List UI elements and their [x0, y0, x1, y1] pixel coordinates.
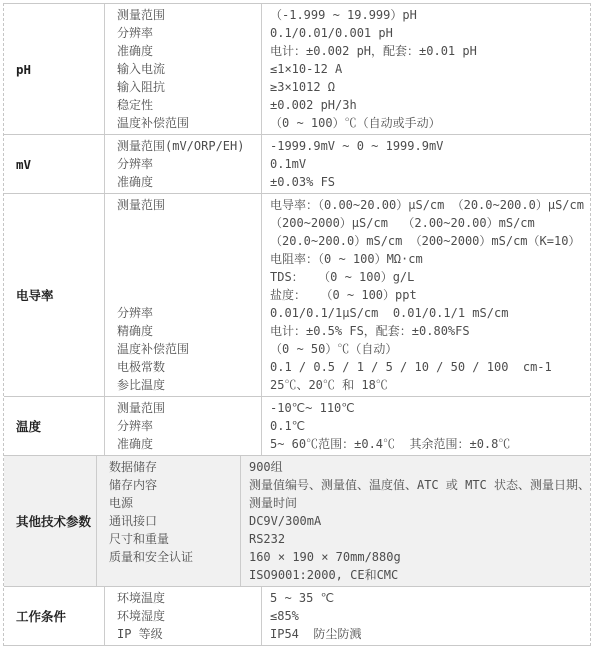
param-label: 准确度 — [117, 435, 261, 453]
value-text: 5~ 60℃范围：±0.4℃ 其余范围：±0.8℃ — [270, 435, 590, 453]
category-cell: 电导率 — [4, 194, 105, 396]
param-label: 准确度 — [117, 42, 261, 60]
value-text: ±0.002 pH/3h — [270, 96, 590, 114]
param-label: 环境温度 — [117, 589, 261, 607]
value-text: 160 × 190 × 70mm/880g — [249, 548, 590, 566]
param-label: 温度补偿范围 — [117, 114, 261, 132]
param-label: 测量范围 — [117, 399, 261, 417]
value-text: RS232 — [249, 530, 590, 548]
value-text: （200~2000）μS/cm （2.00~20.00）mS/cm — [270, 214, 590, 232]
category-cell: mV — [4, 135, 105, 193]
category-label: mV — [16, 157, 31, 172]
value-column: 电导率：（0.00~20.00）μS/cm （20.0~200.0）μS/cm（… — [262, 194, 590, 396]
value-text: ±0.03% FS — [270, 173, 590, 191]
value-column: （-1.999 ~ 19.999）pH0.1/0.01/0.001 pH电计：±… — [262, 4, 590, 134]
param-column: 测量范围分辨率准确度 — [105, 397, 262, 455]
param-label: 分辨率 — [117, 155, 261, 173]
category-label: pH — [16, 62, 31, 77]
param-label: 数据储存 — [109, 458, 240, 476]
param-column: 测量范围(mV/ORP/EH)分辨率准确度 — [105, 135, 262, 193]
value-text: 5 ~ 35 ℃ — [270, 589, 590, 607]
value-text: 0.1℃ — [270, 417, 590, 435]
value-text: 0.01/0.1/1μS/cm 0.01/0.1/1 mS/cm — [270, 304, 590, 322]
category-label: 工作条件 — [16, 607, 66, 625]
category-label: 电导率 — [16, 286, 54, 304]
param-label: 分辨率 — [117, 304, 261, 322]
param-label: 尺寸和重量 — [109, 530, 240, 548]
value-text: 电计：±0.002 pH，配套：±0.01 pH — [270, 42, 590, 60]
param-label: 电源 — [109, 494, 240, 512]
value-text: （20.0~200.0）mS/cm （200~2000）mS/cm（K=10） — [270, 232, 590, 250]
param-label: IP 等级 — [117, 625, 261, 643]
spec-section-conductivity: 电导率测量范围分辨率精确度温度补偿范围电极常数参比温度电导率：（0.00~20.… — [4, 193, 590, 396]
param-label: 输入阻抗 — [117, 78, 261, 96]
value-text: （0 ~ 50）℃（自动） — [270, 340, 590, 358]
param-label — [117, 214, 261, 232]
param-column: 数据储存储存内容电源通讯接口尺寸和重量质量和安全认证 — [97, 456, 241, 586]
value-text: （-1.999 ~ 19.999）pH — [270, 6, 590, 24]
param-label: 参比温度 — [117, 376, 261, 394]
value-text: ISO9001:2000, CE和CMC — [249, 566, 590, 584]
param-label — [117, 286, 261, 304]
value-column: 900组测量值编号、测量值、温度值、ATC 或 MTC 状态、测量日期、测量时间… — [241, 456, 590, 586]
param-column: 测量范围分辨率准确度输入电流输入阻抗稳定性温度补偿范围 — [105, 4, 262, 134]
value-text: 900组 — [249, 458, 590, 476]
value-column: -1999.9mV ~ 0 ~ 1999.9mV0.1mV±0.03% FS — [262, 135, 590, 193]
param-label: 分辨率 — [117, 417, 261, 435]
category-cell: 温度 — [4, 397, 105, 455]
param-label: 分辨率 — [117, 24, 261, 42]
value-column: 5 ~ 35 ℃≤85%IP54 防尘防溅 — [262, 587, 590, 645]
param-label: 环境湿度 — [117, 607, 261, 625]
value-text: 测量时间 — [249, 494, 590, 512]
spec-section-temperature: 温度测量范围分辨率准确度-10℃~ 110℃0.1℃5~ 60℃范围：±0.4℃… — [4, 396, 590, 455]
value-text: 电导率：（0.00~20.00）μS/cm （20.0~200.0）μS/cm — [270, 196, 590, 214]
param-label — [117, 232, 261, 250]
category-cell: 工作条件 — [4, 587, 105, 645]
value-text: 电计：±0.5% FS，配套：±0.80%FS — [270, 322, 590, 340]
param-label: 通讯接口 — [109, 512, 240, 530]
param-label — [109, 566, 240, 584]
param-label: 测量范围(mV/ORP/EH) — [117, 137, 261, 155]
value-text: （0 ~ 100）℃（自动或手动） — [270, 114, 590, 132]
spec-section-mv: mV测量范围(mV/ORP/EH)分辨率准确度-1999.9mV ~ 0 ~ 1… — [4, 134, 590, 193]
value-text: 25℃、20℃ 和 18℃ — [270, 376, 590, 394]
value-text: 0.1 / 0.5 / 1 / 5 / 10 / 50 / 100 cm-1 — [270, 358, 590, 376]
param-column: 环境温度环境湿度IP 等级 — [105, 587, 262, 645]
value-text: -1999.9mV ~ 0 ~ 1999.9mV — [270, 137, 590, 155]
value-text: 0.1mV — [270, 155, 590, 173]
param-label: 质量和安全认证 — [109, 548, 240, 566]
value-text: IP54 防尘防溅 — [270, 625, 590, 643]
value-column: -10℃~ 110℃0.1℃5~ 60℃范围：±0.4℃ 其余范围：±0.8℃ — [262, 397, 590, 455]
spec-table: pH测量范围分辨率准确度输入电流输入阻抗稳定性温度补偿范围（-1.999 ~ 1… — [3, 3, 591, 646]
param-label — [117, 268, 261, 286]
category-label: 温度 — [16, 417, 41, 435]
value-text: ≥3×1012 Ω — [270, 78, 590, 96]
value-text: 测量值编号、测量值、温度值、ATC 或 MTC 状态、测量日期、 — [249, 476, 590, 494]
category-cell: 其他技术参数 — [4, 456, 97, 586]
param-label: 电极常数 — [117, 358, 261, 376]
param-label: 测量范围 — [117, 196, 261, 214]
value-text: 盐度： （0 ~ 100）ppt — [270, 286, 590, 304]
param-label — [117, 250, 261, 268]
value-text: TDS： （0 ~ 100）g/L — [270, 268, 590, 286]
spec-section-ph: pH测量范围分辨率准确度输入电流输入阻抗稳定性温度补偿范围（-1.999 ~ 1… — [4, 4, 590, 134]
param-label: 稳定性 — [117, 96, 261, 114]
category-cell: pH — [4, 4, 105, 134]
value-text: ≤1×10-12 A — [270, 60, 590, 78]
category-label: 其他技术参数 — [16, 512, 91, 530]
param-label: 温度补偿范围 — [117, 340, 261, 358]
param-label: 测量范围 — [117, 6, 261, 24]
param-column: 测量范围分辨率精确度温度补偿范围电极常数参比温度 — [105, 194, 262, 396]
spec-section-working-conditions: 工作条件环境温度环境湿度IP 等级5 ~ 35 ℃≤85%IP54 防尘防溅 — [4, 586, 590, 645]
value-text: 0.1/0.01/0.001 pH — [270, 24, 590, 42]
param-label: 准确度 — [117, 173, 261, 191]
spec-section-other-parameters: 其他技术参数数据储存储存内容电源通讯接口尺寸和重量质量和安全认证900组测量值编… — [4, 455, 590, 586]
value-text: 电阻率：（0 ~ 100）MΩ·cm — [270, 250, 590, 268]
value-text: DC9V/300mA — [249, 512, 590, 530]
param-label: 输入电流 — [117, 60, 261, 78]
value-text: ≤85% — [270, 607, 590, 625]
value-text: -10℃~ 110℃ — [270, 399, 590, 417]
param-label: 精确度 — [117, 322, 261, 340]
param-label: 储存内容 — [109, 476, 240, 494]
